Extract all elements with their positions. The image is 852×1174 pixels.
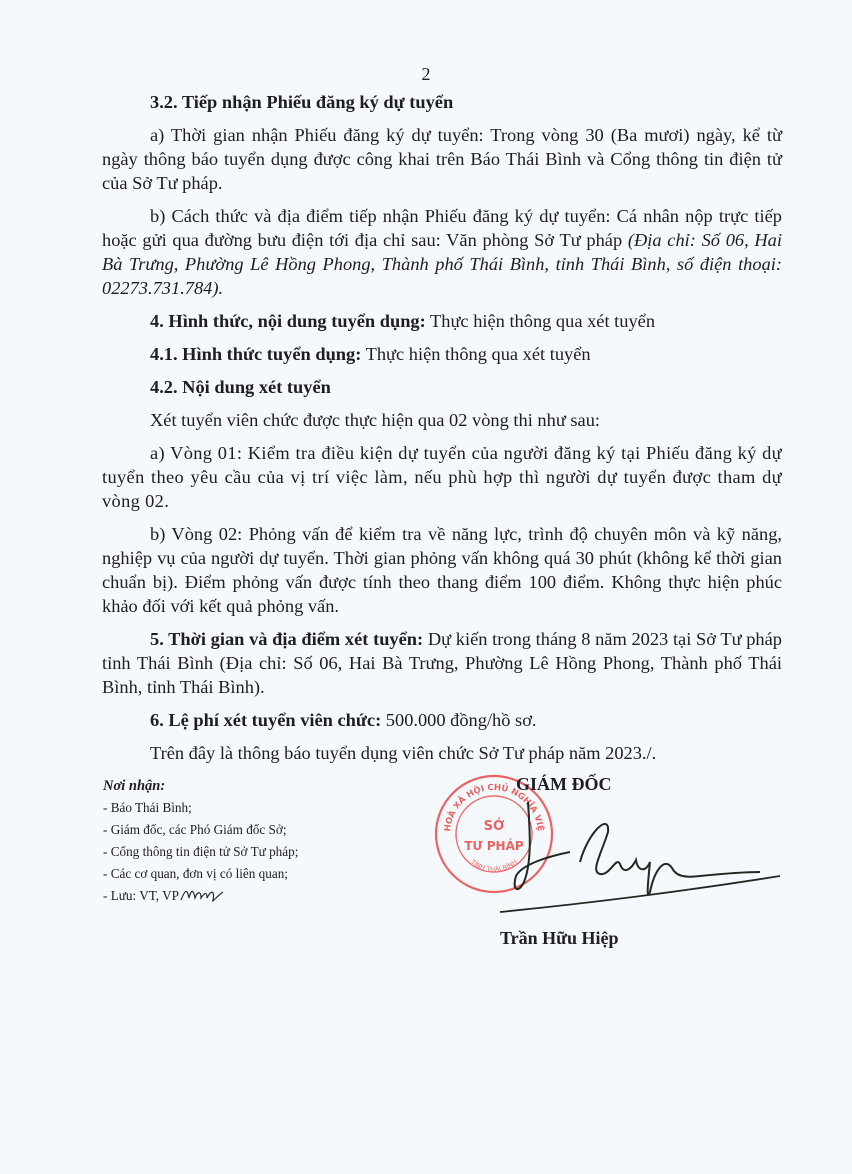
signature-block: CỘNG HOÀ XÃ HỘI CHỦ NGHĨA VIỆT NAM TỈNH … [440, 772, 820, 972]
section-4-1-label: 4.1. Hình thức tuyển dụng: [150, 344, 361, 364]
section-3-2-heading: 3.2. Tiếp nhận Phiếu đăng ký dự tuyển [102, 90, 782, 114]
section-5: 5. Thời gian và địa điểm xét tuyển: Dự k… [102, 627, 782, 699]
section-4-2-a: a) Vòng 01: Kiểm tra điều kiện dự tuyển … [102, 441, 782, 513]
section-6: 6. Lệ phí xét tuyển viên chức: 500.000 đ… [102, 708, 782, 732]
section-4: 4. Hình thức, nội dung tuyển dụng: Thực … [102, 309, 782, 333]
section-3-2-a: a) Thời gian nhận Phiếu đăng ký dự tuyển… [102, 123, 782, 195]
recipients-block: Nơi nhận: - Báo Thái Bình; - Giám đốc, c… [103, 775, 423, 907]
recipient-item: - Giám đốc, các Phó Giám đốc Sở; [103, 819, 423, 841]
closing-statement: Trên đây là thông báo tuyển dụng viên ch… [102, 741, 782, 765]
section-6-label: 6. Lệ phí xét tuyển viên chức: [150, 710, 381, 730]
recipient-item-archive: - Lưu: VT, VP [103, 885, 423, 907]
page-number: 2 [0, 64, 852, 85]
section-4-label: 4. Hình thức, nội dung tuyển dụng: [150, 311, 426, 331]
section-4-2-intro: Xét tuyển viên chức được thực hiện qua 0… [102, 408, 782, 432]
section-4-2-heading: 4.2. Nội dung xét tuyển [102, 375, 782, 399]
section-4-2-b: b) Vòng 02: Phỏng vấn để kiểm tra về năn… [102, 522, 782, 618]
signer-name: Trần Hữu Hiệp [500, 928, 619, 949]
section-6-text: 500.000 đồng/hồ sơ. [381, 710, 536, 730]
recipient-item: - Báo Thái Bình; [103, 797, 423, 819]
handwritten-initials-icon [179, 886, 225, 904]
document-page: 2 3.2. Tiếp nhận Phiếu đăng ký dự tuyển … [0, 0, 852, 1174]
section-5-label: 5. Thời gian và địa điểm xét tuyển: [150, 629, 423, 649]
recipient-item: - Các cơ quan, đơn vị có liên quan; [103, 863, 423, 885]
recipient-item: - Cổng thông tin điện tử Sở Tư pháp; [103, 841, 423, 863]
section-4-text: Thực hiện thông qua xét tuyển [426, 311, 655, 331]
section-4-1: 4.1. Hình thức tuyển dụng: Thực hiện thô… [102, 342, 782, 366]
recipients-title: Nơi nhận: [103, 775, 423, 797]
handwritten-signature-icon [440, 772, 820, 922]
section-4-1-text: Thực hiện thông qua xét tuyển [361, 344, 590, 364]
document-body: 3.2. Tiếp nhận Phiếu đăng ký dự tuyển a)… [102, 90, 782, 774]
section-3-2-b: b) Cách thức và địa điểm tiếp nhận Phiếu… [102, 204, 782, 300]
